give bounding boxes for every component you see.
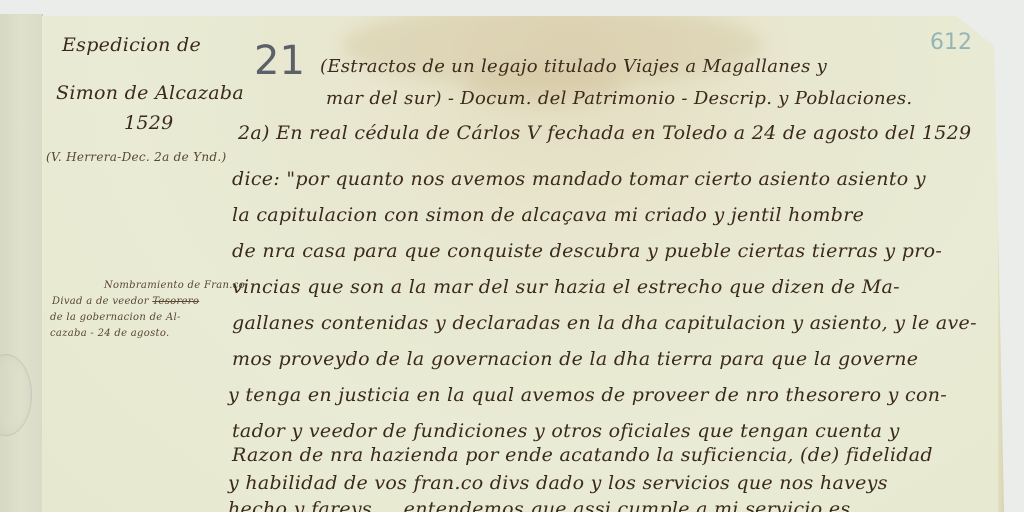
body-line-6: gallanes contenidas y declaradas en la d… [232, 312, 977, 334]
body-line-5: vincias que son a la mar del sur hazia e… [232, 276, 900, 298]
body-line-12: hecho y fareys ... entendemos que assi c… [228, 498, 850, 512]
margin-title-line-1: Espedicion de [62, 34, 201, 56]
body-line-4: de nra casa para que conquiste descubra … [232, 240, 942, 262]
archive-stamp-number: 612 [930, 30, 972, 55]
embossed-seal [0, 354, 32, 436]
body-line-2: dice: "por quanto nos avemos mandado tom… [232, 168, 926, 190]
body-line-11: y habilidad de vos fran.co divs dado y l… [228, 472, 888, 494]
header-line-2: mar del sur) - Docum. del Patrimonio - D… [326, 88, 912, 109]
margin-annotation-text: Divad a de veedor [52, 296, 149, 307]
body-line-7: mos proveydo de la governacion de la dha… [232, 348, 918, 370]
margin-annotation-line-3: de la gobernacion de Al- [50, 312, 181, 323]
body-line-9: tador y veedor de fundiciones y otros of… [232, 420, 900, 442]
header-line-1: (Estractos de un legajo titulado Viajes … [320, 56, 827, 77]
body-line-1: 2a) En real cédula de Cárlos V fechada e… [238, 122, 971, 144]
margin-title-year: 1529 [124, 112, 174, 134]
margin-annotation-line-1: Nombramiento de Fran.co [104, 280, 245, 291]
margin-annotation-struck: Tesorero [152, 296, 199, 307]
manuscript-page: Espedicion de Simon de Alcazaba 1529 (V.… [42, 16, 1004, 512]
pencil-folio-number: 21 [254, 38, 305, 84]
body-line-10: Razon de nra hazienda por ende acatando … [232, 444, 933, 466]
margin-source-note: (V. Herrera-Dec. 2a de Ynd.) [46, 150, 226, 164]
manuscript-scan: Espedicion de Simon de Alcazaba 1529 (V.… [0, 0, 1024, 512]
body-line-8: y tenga en justicia en la qual avemos de… [228, 384, 947, 406]
margin-annotation-line-2: Divad a de veedor Tesorero [52, 296, 199, 307]
page-edge [998, 46, 1004, 512]
margin-annotation-line-4: cazaba - 24 de agosto. [50, 328, 169, 339]
left-page-edge [0, 14, 43, 512]
body-line-3: la capitulacion con simon de alcaçava mi… [232, 204, 864, 226]
margin-title-line-2: Simon de Alcazaba [56, 82, 244, 104]
